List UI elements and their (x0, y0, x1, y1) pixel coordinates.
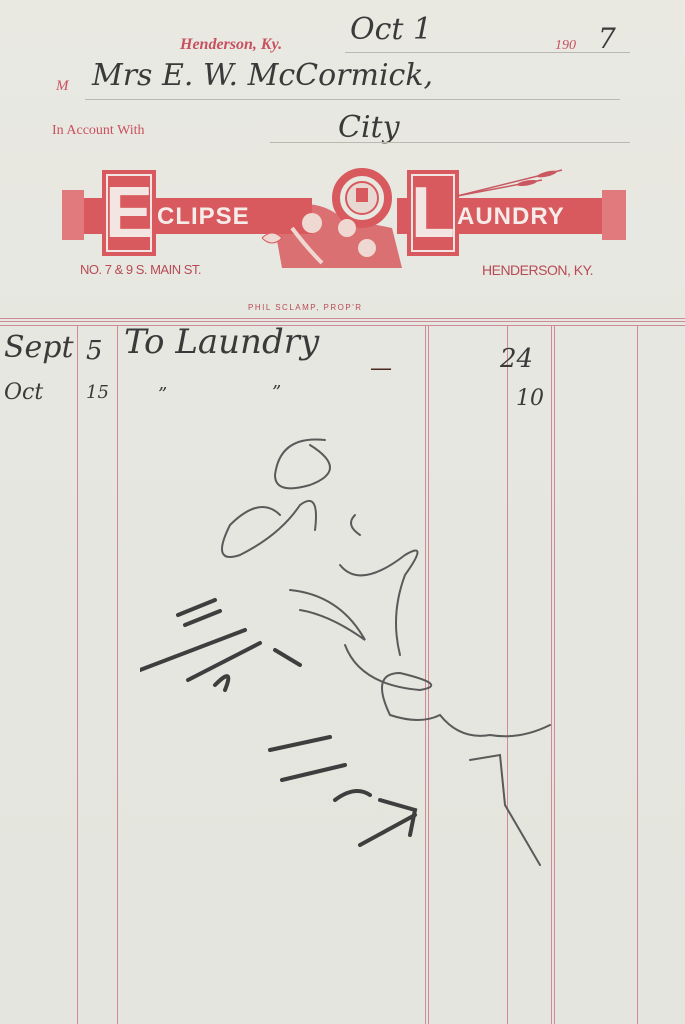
date-rule (345, 52, 630, 53)
entry-day: 15 (86, 382, 109, 403)
entry-day: 5 (86, 336, 103, 366)
entry-ditto-1: ” (158, 384, 167, 405)
column-line-month (77, 325, 78, 1024)
proprietor-text: PHIL SCLAMP, PROP'R (248, 303, 363, 312)
entry-dash: — (370, 356, 392, 381)
ledger-top-rule-2 (0, 321, 685, 322)
letter-l: L (407, 170, 459, 256)
customer-rule (85, 99, 620, 100)
invoice-paper: Henderson, Ky. Oct 1 190 7 M Mrs E. W. M… (0, 0, 685, 1024)
entry-month: Oct (4, 380, 43, 405)
customer-name: Mrs E. W. McCormick, (92, 58, 433, 93)
entry-amount: 24 (500, 344, 533, 374)
customer-city: City (338, 110, 400, 145)
address-text: NO. 7 & 9 S. MAIN ST. (80, 262, 201, 277)
banner-clipse: CLIPSE (157, 203, 250, 231)
cattails-icon (457, 168, 567, 198)
entry-ditto-2: ” (272, 382, 281, 403)
column-line-day (117, 325, 118, 1024)
pencil-signature-icon (140, 415, 580, 885)
m-prefix: M (56, 78, 69, 95)
letterhead-banner: E CLIPSE L AUNDRY (62, 168, 626, 273)
letter-e: E (102, 170, 156, 256)
ledger-top-rule-1 (0, 318, 685, 319)
year-prefix: 190 (555, 38, 576, 54)
place-label: Henderson, Ky. (180, 36, 282, 54)
banner-aundry: AUNDRY (457, 203, 565, 231)
ledger-top-rule-3 (0, 325, 685, 326)
entry-description: To Laundry (124, 322, 319, 362)
invoice-date: Oct 1 (350, 12, 432, 47)
city-rule (270, 142, 630, 143)
city-text: HENDERSON, KY. (482, 262, 593, 278)
cherubs-illustration-icon (252, 168, 427, 273)
banner-right-cap (602, 190, 626, 240)
column-line-total (637, 325, 638, 1024)
in-account-with-label: In Account With (52, 123, 145, 139)
year-suffix: 7 (598, 22, 616, 55)
banner-left-cap (62, 190, 84, 240)
entry-amount: 10 (516, 386, 544, 411)
entry-month: Sept (4, 330, 74, 365)
